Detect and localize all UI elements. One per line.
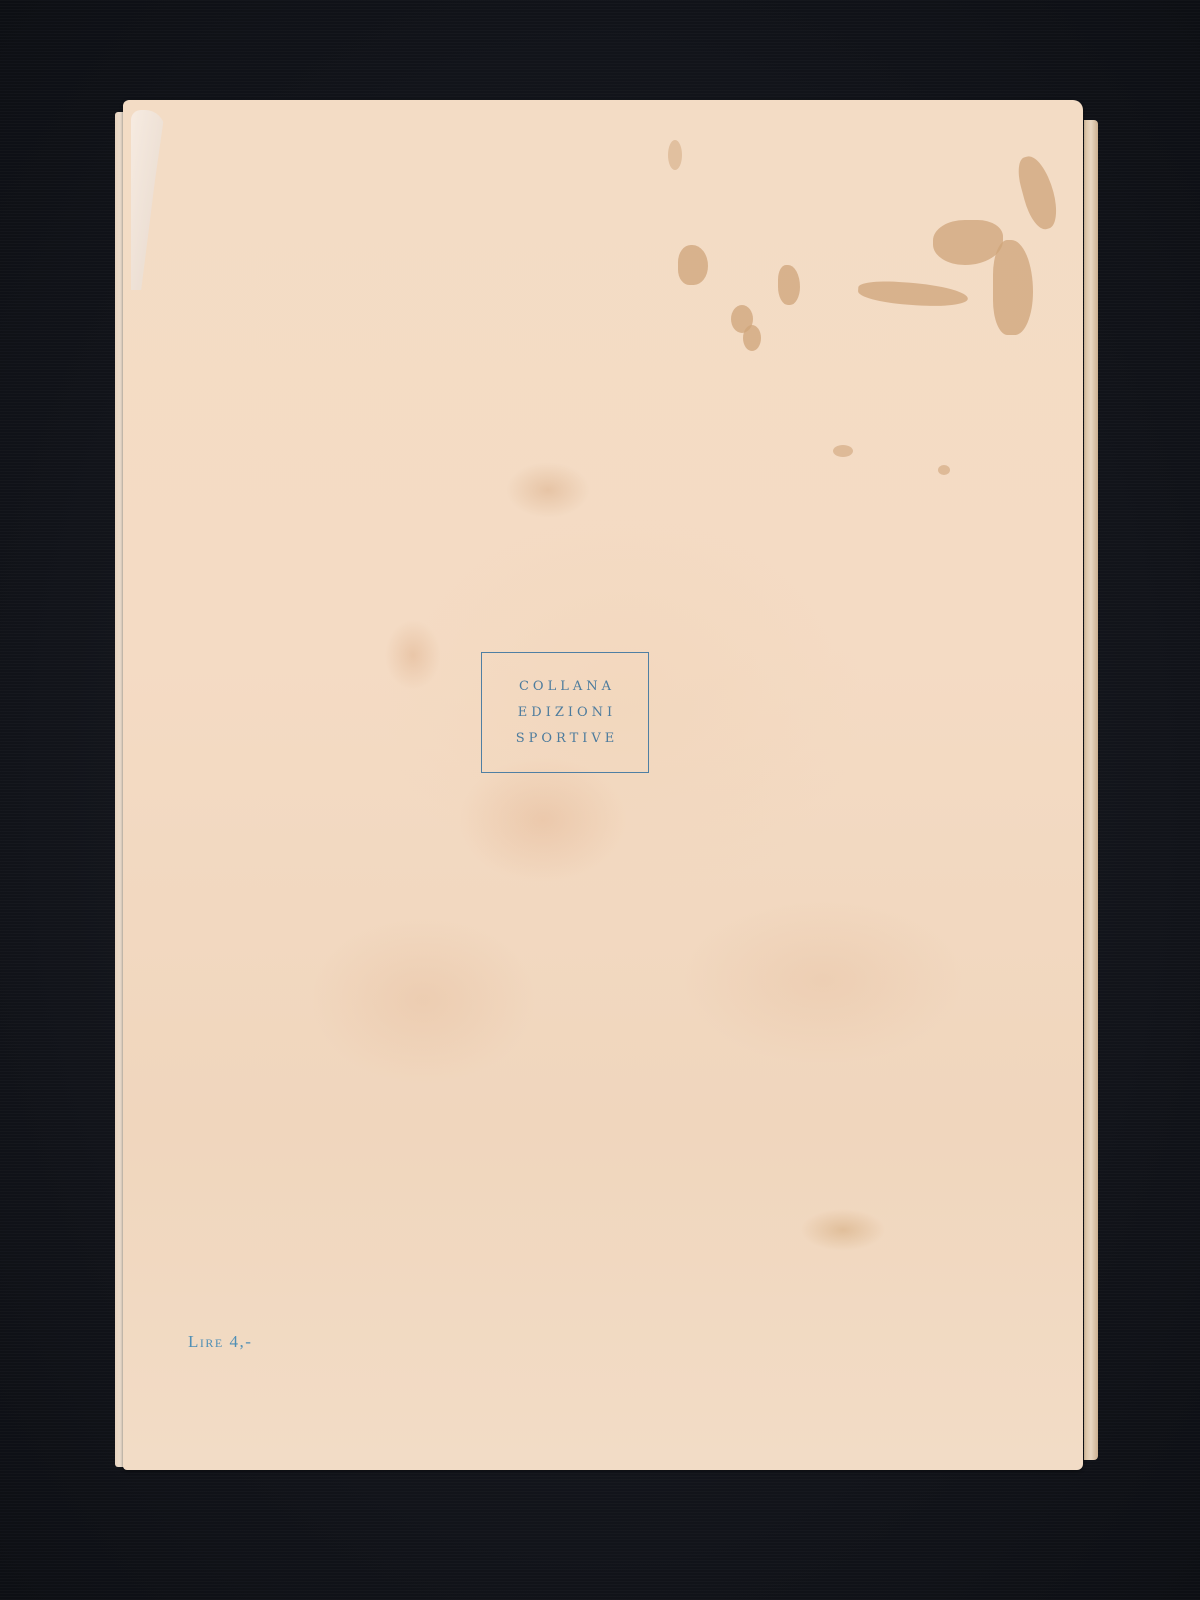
stain [1014, 152, 1062, 232]
stain [833, 445, 853, 457]
stain [857, 279, 968, 309]
series-line-collana: COLLANA [515, 674, 615, 700]
series-line-sportive: SPORTIVE [512, 726, 619, 752]
price-label: Lire 4,- [188, 1332, 252, 1352]
stain [678, 245, 708, 285]
book-back-cover: COLLANA EDIZIONI SPORTIVE Lire 4,- [115, 100, 1090, 1475]
stain [993, 240, 1033, 335]
page-block-right-edge [1084, 120, 1098, 1460]
series-line-edizioni: EDIZIONI [514, 700, 616, 726]
stain [743, 325, 761, 351]
stain [938, 465, 950, 475]
stain [668, 140, 682, 170]
stain [933, 220, 1003, 265]
folded-corner [131, 110, 165, 290]
series-emblem-box: COLLANA EDIZIONI SPORTIVE [481, 652, 649, 773]
stain [778, 265, 800, 305]
cover-paper: COLLANA EDIZIONI SPORTIVE Lire 4,- [123, 100, 1083, 1470]
